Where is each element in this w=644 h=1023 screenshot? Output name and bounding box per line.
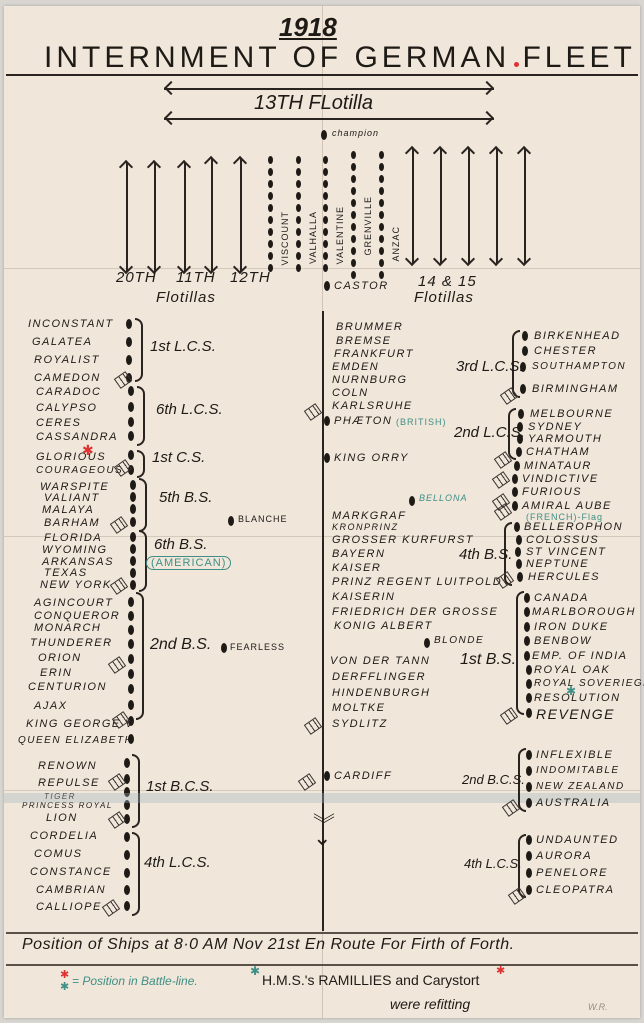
flotilla-13-arrow-top	[164, 88, 494, 90]
ship-champion: champion	[332, 128, 379, 138]
ship: KARLSRUHE	[332, 401, 413, 412]
flag-icon	[492, 471, 510, 489]
ship: ROYAL OAK	[534, 665, 610, 676]
ship-marker	[526, 782, 532, 792]
ship: CLEOPATRA	[536, 885, 615, 896]
squadron-label: 1st C.S.	[152, 449, 205, 466]
flag-icon	[110, 577, 128, 595]
ship-marker	[126, 355, 132, 365]
ship-blanche: BLANCHE	[238, 514, 288, 524]
ship-marker	[228, 516, 234, 526]
ship-marker	[126, 337, 132, 347]
squadron-label: 4th L.C.S.	[464, 856, 522, 871]
ship: BRUMMER	[336, 322, 403, 333]
ship: AGINCOURT	[34, 598, 113, 609]
ship: COLN	[332, 388, 369, 399]
phaeton-note: (BRITISH)	[396, 417, 447, 427]
ship-marker	[124, 832, 130, 842]
squadron-brace	[139, 478, 147, 532]
ship: EMP. OF INDIA	[532, 651, 628, 662]
ship-marker	[514, 522, 520, 532]
ship: CONQUEROR	[34, 611, 120, 622]
ship-king-orry: KING ORRY	[334, 453, 409, 464]
ship-marker	[526, 851, 532, 861]
ship: AUSTRALIA	[536, 798, 611, 809]
ship: REPULSE	[38, 778, 100, 789]
ship-grenville: GRENVILLE	[363, 196, 373, 256]
ship-marker	[124, 850, 130, 860]
ship: NURNBURG	[332, 375, 408, 386]
teal-asterisk-icon: ✱	[250, 964, 260, 978]
ship-marker	[516, 559, 522, 569]
ship-marker	[128, 611, 134, 621]
ship: PENELORE	[536, 868, 608, 879]
ship-marker	[409, 496, 415, 506]
ship-marker	[518, 409, 524, 419]
ship-marker	[526, 766, 532, 776]
ship-marker	[517, 572, 523, 582]
flotilla-20-label: 20TH	[116, 269, 157, 286]
destroyer-line	[379, 151, 384, 279]
ship-marker	[524, 622, 530, 632]
ship: MALAYA	[42, 505, 94, 516]
american-note: (AMERICAN)	[146, 556, 231, 570]
flotilla-arrow	[211, 158, 213, 272]
ship: ORION	[38, 653, 82, 664]
ship-marker	[515, 547, 521, 557]
ship-marker	[526, 665, 532, 675]
ship-marker	[128, 450, 134, 460]
ship: VINDICTIVE	[522, 474, 599, 485]
flotilla-arrow	[184, 162, 186, 272]
ship: THUNDERER	[30, 638, 113, 649]
ship: CHATHAM	[526, 447, 590, 458]
chart-sheet: 1918 INTERNMENT OF GERMAN FLEET 13TH FLo…	[4, 6, 640, 1018]
flotilla-14-15-label: 14 & 15	[418, 273, 477, 290]
ship: CASSANDRA	[36, 432, 118, 443]
ship: REVENGE	[536, 707, 615, 721]
ship-marker	[130, 492, 136, 502]
ship: PRINCESS ROYAL	[22, 802, 113, 810]
ship-marker	[526, 750, 532, 760]
flotilla-13-label: 13TH FLotilla	[254, 92, 373, 115]
ship: FURIOUS	[522, 487, 582, 498]
ship: MARKGRAF	[332, 511, 406, 522]
ship-marker	[130, 544, 136, 554]
ship-anzac: ANZAC	[391, 226, 401, 262]
ship-marker	[524, 651, 530, 661]
ship: ST VINCENT	[526, 547, 606, 558]
title-underline	[6, 74, 638, 76]
destroyer-line	[268, 156, 273, 272]
squadron-label: 1st L.C.S.	[150, 338, 216, 355]
ship-marker	[130, 517, 136, 527]
ship: HERCULES	[528, 572, 600, 583]
ship-marker	[124, 885, 130, 895]
flotilla-arrow	[468, 148, 470, 264]
squadron-label: 1st B.S.	[460, 651, 516, 669]
ship: BARHAM	[44, 518, 100, 529]
squadron-label: 5th B.S.	[159, 489, 212, 506]
ship-marker	[130, 532, 136, 542]
teal-asterisk-icon: ✱	[60, 980, 69, 993]
ship-marker	[128, 669, 134, 679]
ship: CARADOC	[36, 387, 102, 398]
ship: AMIRAL AUBE	[522, 501, 612, 512]
squadron-label: 2nd B.S.	[150, 636, 211, 654]
ship: KAISERIN	[332, 592, 395, 603]
destroyer-line	[296, 156, 301, 272]
ship: MELBOURNE	[530, 409, 613, 420]
flag-icon	[500, 707, 518, 725]
ship: COMUS	[34, 849, 82, 860]
ship-marker	[124, 901, 130, 911]
ship: SYDLITZ	[332, 719, 388, 730]
red-mark	[514, 62, 519, 67]
ship-marker	[128, 386, 134, 396]
ship: ERIN	[40, 668, 72, 679]
ship: CAMEDON	[34, 373, 101, 384]
ship-bellona: BELLONA	[419, 493, 468, 503]
year-heading: 1918	[279, 12, 337, 43]
ship-marker	[324, 453, 330, 463]
ship: COURAGEOUS	[36, 466, 123, 476]
flotilla-arrow	[240, 158, 242, 272]
ship-marker	[522, 346, 528, 356]
squadron-label: 4th L.C.S.	[144, 854, 211, 871]
ship-marker	[124, 758, 130, 768]
ship: MARLBOROUGH	[532, 607, 636, 618]
ship-marker	[516, 535, 522, 545]
squadron-label: 2nd B.C.S.	[462, 772, 525, 787]
ship-marker	[516, 447, 522, 457]
ship: INFLEXIBLE	[536, 750, 613, 761]
ship: CANADA	[534, 593, 589, 604]
squadron-label: 2nd L.C.S.	[454, 424, 525, 441]
ship: BIRKENHEAD	[534, 331, 621, 342]
ship: BREMSE	[336, 336, 391, 347]
destroyer-line	[323, 156, 328, 272]
ship: SOUTHAMPTON	[532, 362, 626, 372]
ship: PRINZ REGENT LUITPOLD	[332, 577, 502, 588]
ship-marker	[126, 319, 132, 329]
squadron-brace	[137, 386, 145, 446]
teal-asterisk-icon: ✱	[566, 684, 576, 698]
ship: VALIANT	[44, 493, 100, 504]
ship: NEW YORK	[40, 580, 112, 591]
squadron-brace	[135, 318, 143, 382]
flotilla-arrow	[126, 162, 128, 272]
ship: UNDAUNTED	[536, 835, 619, 846]
ship-castor: CASTOR	[334, 281, 389, 292]
ship: FRANKFURT	[334, 349, 414, 360]
ship-viscount: VISCOUNT	[280, 211, 290, 266]
ship-marker	[128, 654, 134, 664]
ship-marker	[526, 708, 532, 718]
ship: ROYALIST	[34, 355, 100, 366]
ship-blonde: BLONDE	[434, 636, 484, 646]
ship: ROYAL SOVERIEGN	[534, 679, 644, 689]
ship: BAYERN	[332, 549, 385, 560]
red-asterisk-icon: ✱	[496, 964, 505, 977]
ship: GROSSER KURFURST	[332, 535, 474, 546]
ship-marker	[512, 474, 518, 484]
flag-icon	[110, 516, 128, 534]
ship: VON DER TANN	[330, 656, 430, 667]
ship-marker	[324, 771, 330, 781]
ship-marker	[128, 700, 134, 710]
ship-marker	[130, 480, 136, 490]
caption: Position of Ships at 8·0 AM Nov 21st En …	[22, 936, 515, 954]
ship: HINDENBURGH	[332, 688, 430, 699]
squadron-label: 4th B.S.	[459, 546, 512, 563]
ship: BENBOW	[534, 636, 592, 647]
ship: NEW ZEALAND	[536, 782, 625, 792]
ship-marker	[324, 281, 330, 291]
ship-marker	[128, 625, 134, 635]
ship: CAMBRIAN	[36, 885, 106, 896]
ship-marker	[524, 607, 530, 617]
flotilla-arrow	[440, 148, 442, 264]
ship-marker	[324, 416, 330, 426]
flag-icon	[298, 773, 316, 791]
ship: INCONSTANT	[28, 319, 114, 330]
flotilla-arrow	[496, 148, 498, 264]
ship: FLORIDA	[44, 533, 102, 544]
squadron-label: 6th B.S.	[154, 536, 207, 553]
ship: INDOMITABLE	[536, 766, 620, 776]
legend-text: = Position in Battle-line.	[72, 974, 198, 988]
ship: YARMOUTH	[528, 434, 602, 445]
ship-fearless: FEARLESS	[230, 642, 285, 652]
ship-marker	[524, 593, 530, 603]
refit-note-line-1: H.M.S.'s RAMILLIES and Carystort	[262, 972, 479, 988]
ship: DERFFLINGER	[332, 672, 426, 683]
ship-valentine: VALENTINE	[335, 206, 345, 264]
ship-marker	[128, 684, 134, 694]
initials: W.R.	[588, 1002, 608, 1012]
ship-marker	[128, 431, 134, 441]
ship-marker	[512, 487, 518, 497]
squadron-label: 3rd L.C.S.	[456, 358, 524, 375]
ship-marker	[520, 384, 526, 394]
squadron-brace	[516, 591, 524, 715]
ship: TEXAS	[44, 568, 88, 579]
flag-icon	[108, 656, 126, 674]
fold-line-horizontal	[4, 268, 640, 269]
ship-marker	[526, 679, 532, 689]
ship-phaeton: PHÆTON	[334, 416, 392, 427]
ship: BIRMINGHAM	[532, 384, 619, 395]
squadron-brace	[136, 592, 144, 720]
ship: CALYPSO	[36, 403, 97, 414]
flotilla-arrow	[412, 148, 414, 264]
ship-marker	[514, 461, 520, 471]
ship: KAISER	[332, 563, 381, 574]
flag-icon	[304, 717, 322, 735]
ship-marker	[130, 504, 136, 514]
ship-marker	[526, 693, 532, 703]
squadron-brace	[132, 832, 140, 916]
ship-valhalla: VALHALLA	[308, 211, 318, 264]
ship: MONARCH	[34, 623, 101, 634]
ship: GALATEA	[32, 337, 92, 348]
ship-marker	[130, 568, 136, 578]
ship: SYDNEY	[528, 422, 582, 433]
ship-marker	[512, 501, 518, 511]
squadron-brace	[137, 450, 145, 478]
ship-marker	[128, 734, 134, 744]
ship: CALLIOPE	[36, 902, 102, 913]
ship: NEPTUNE	[526, 559, 589, 570]
ship-marker	[128, 639, 134, 649]
ship-cardiff: CARDIFF	[334, 771, 392, 782]
ship: COLOSSUS	[526, 535, 599, 546]
squadron-label: 6th L.C.S.	[156, 401, 223, 418]
ship: CONSTANCE	[30, 867, 112, 878]
ship-marker	[130, 580, 136, 590]
ship: KONIG ALBERT	[334, 621, 433, 632]
ship-marker	[526, 835, 532, 845]
course-chevron-icon: ︾⌄	[313, 818, 335, 844]
flotilla-12-label: 12TH	[230, 269, 271, 286]
ship-marker	[221, 643, 227, 653]
ship: CERES	[36, 418, 81, 429]
flag-icon	[108, 811, 126, 829]
ship-marker	[526, 885, 532, 895]
flotillas-right-label: Flotillas	[414, 289, 474, 306]
ship: LION	[46, 813, 78, 824]
ship: QUEEN ELIZABETH	[18, 736, 133, 746]
ship: CENTURION	[28, 682, 107, 693]
ship: MINATAUR	[524, 461, 592, 472]
flotilla-13-arrow-bottom	[164, 118, 494, 120]
ship: AURORA	[536, 851, 592, 862]
ship: FRIEDRICH DER GROSSE	[332, 607, 498, 618]
ship-marker	[524, 636, 530, 646]
ship: KRONPRINZ	[332, 523, 399, 532]
ship: BELLEROPHON	[524, 522, 623, 533]
flag-icon	[102, 899, 120, 917]
flotillas-left-label: Flotillas	[156, 289, 216, 306]
ship-marker	[128, 597, 134, 607]
destroyer-line	[351, 151, 356, 279]
squadron-brace	[132, 754, 140, 828]
ship: GLORIOUS	[36, 452, 106, 463]
ship: WYOMING	[42, 545, 108, 556]
ship-marker	[424, 638, 430, 648]
ship: MOLTKE	[332, 703, 385, 714]
refit-note-line-2: were refitting	[390, 996, 470, 1012]
ship-marker	[526, 868, 532, 878]
ship-marker	[128, 417, 134, 427]
ship-marker	[128, 402, 134, 412]
ship-marker	[522, 331, 528, 341]
page-title: INTERNMENT OF GERMAN FLEET	[44, 41, 636, 75]
ship: CORDELIA	[30, 831, 98, 842]
ship: AJAX	[34, 701, 68, 712]
flotilla-arrow	[524, 148, 526, 264]
ship: IRON DUKE	[534, 622, 609, 633]
ship-marker	[321, 130, 327, 140]
flotilla-arrow	[154, 162, 156, 272]
ship: RESOLUTION	[534, 693, 621, 704]
ship: RENOWN	[38, 761, 97, 772]
ship-marker	[130, 556, 136, 566]
ship-marker	[124, 868, 130, 878]
ship: CHESTER	[534, 346, 597, 357]
flotilla-11-label: 11TH	[176, 269, 216, 286]
ship-marker	[526, 798, 532, 808]
flag-icon	[304, 403, 322, 421]
ship: EMDEN	[332, 362, 379, 373]
